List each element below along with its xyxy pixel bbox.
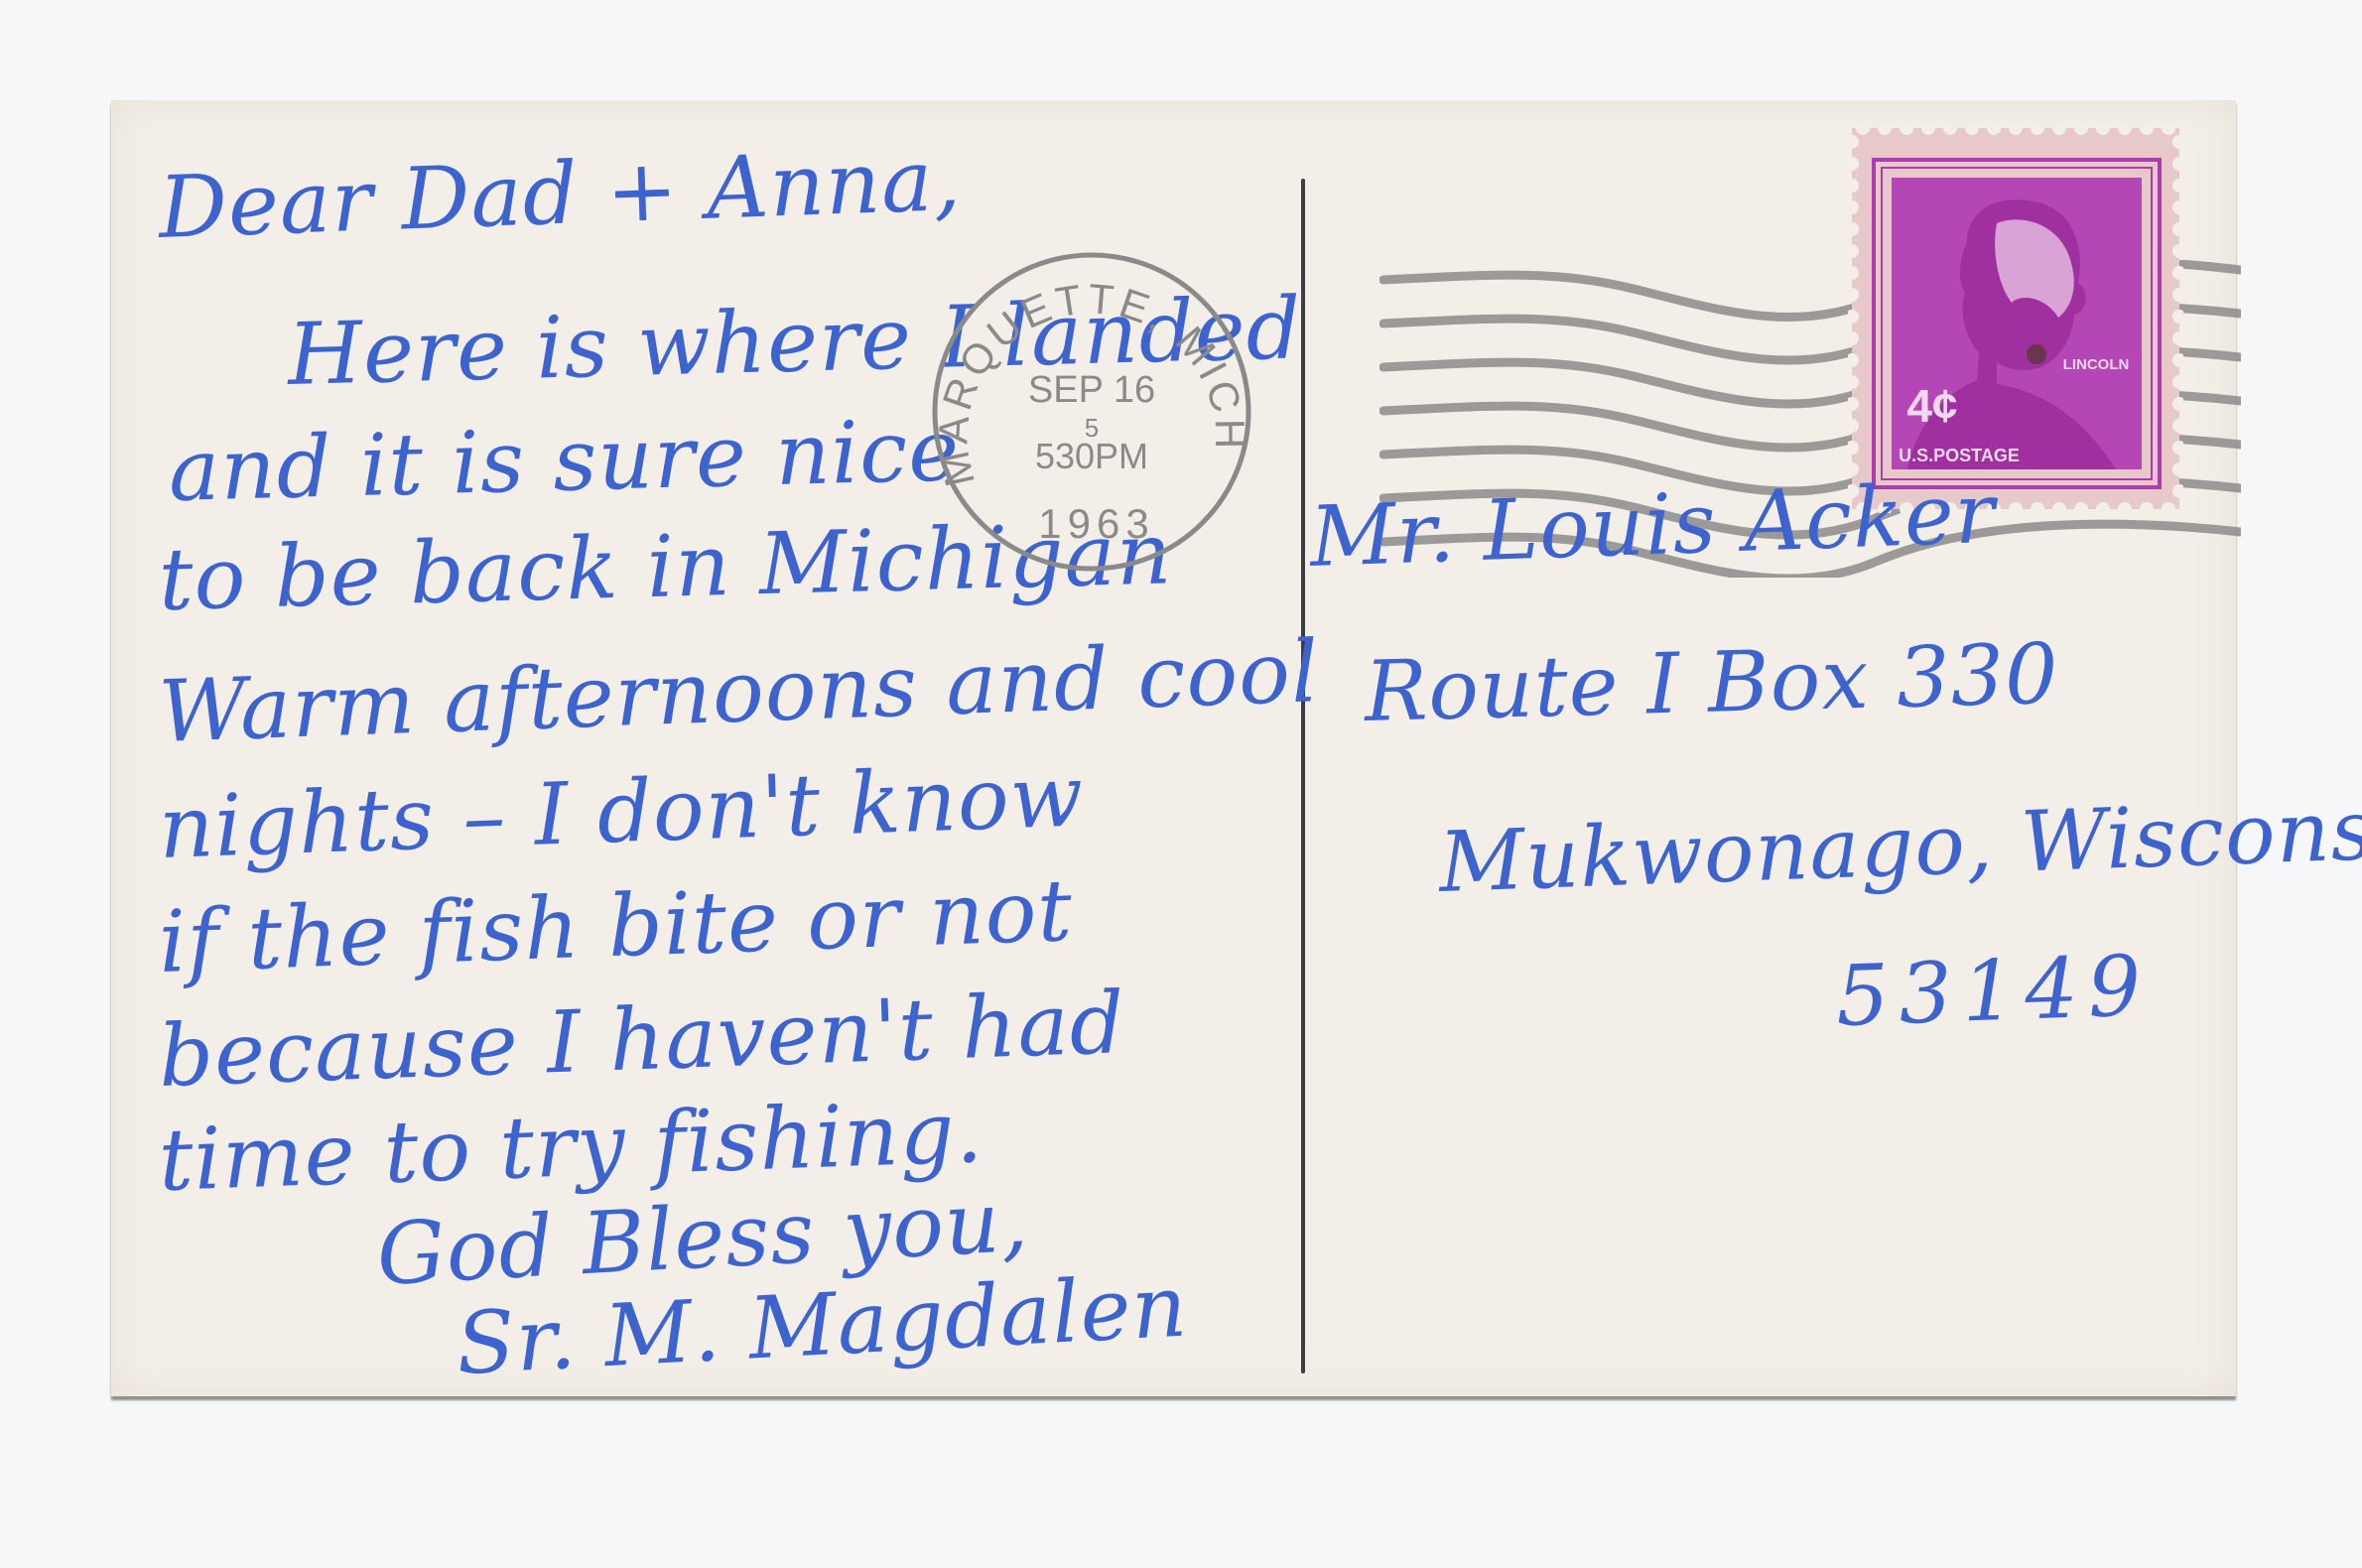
postage-stamp: LINCOLN 4¢ U.S.POSTAGE	[1848, 124, 2183, 513]
postmark: MARQUETTE, MICH SEP 16 5 530PM 1963	[928, 248, 1255, 576]
postmark-time: 530PM	[1035, 436, 1148, 476]
stamp-subject: LINCOLN	[2063, 356, 2130, 373]
stamp-country-label: U.S.POSTAGE	[1899, 446, 2020, 465]
recipient-street: Route I Box 330	[1364, 625, 2060, 740]
postmark-year: 1963	[1038, 500, 1154, 547]
message-line: and it is sure nice	[168, 401, 962, 521]
stamp-denomination: 4¢	[1906, 380, 1957, 432]
postmark-date: SEP 16	[1028, 369, 1155, 411]
recipient-zip: 53149	[1834, 937, 2152, 1045]
